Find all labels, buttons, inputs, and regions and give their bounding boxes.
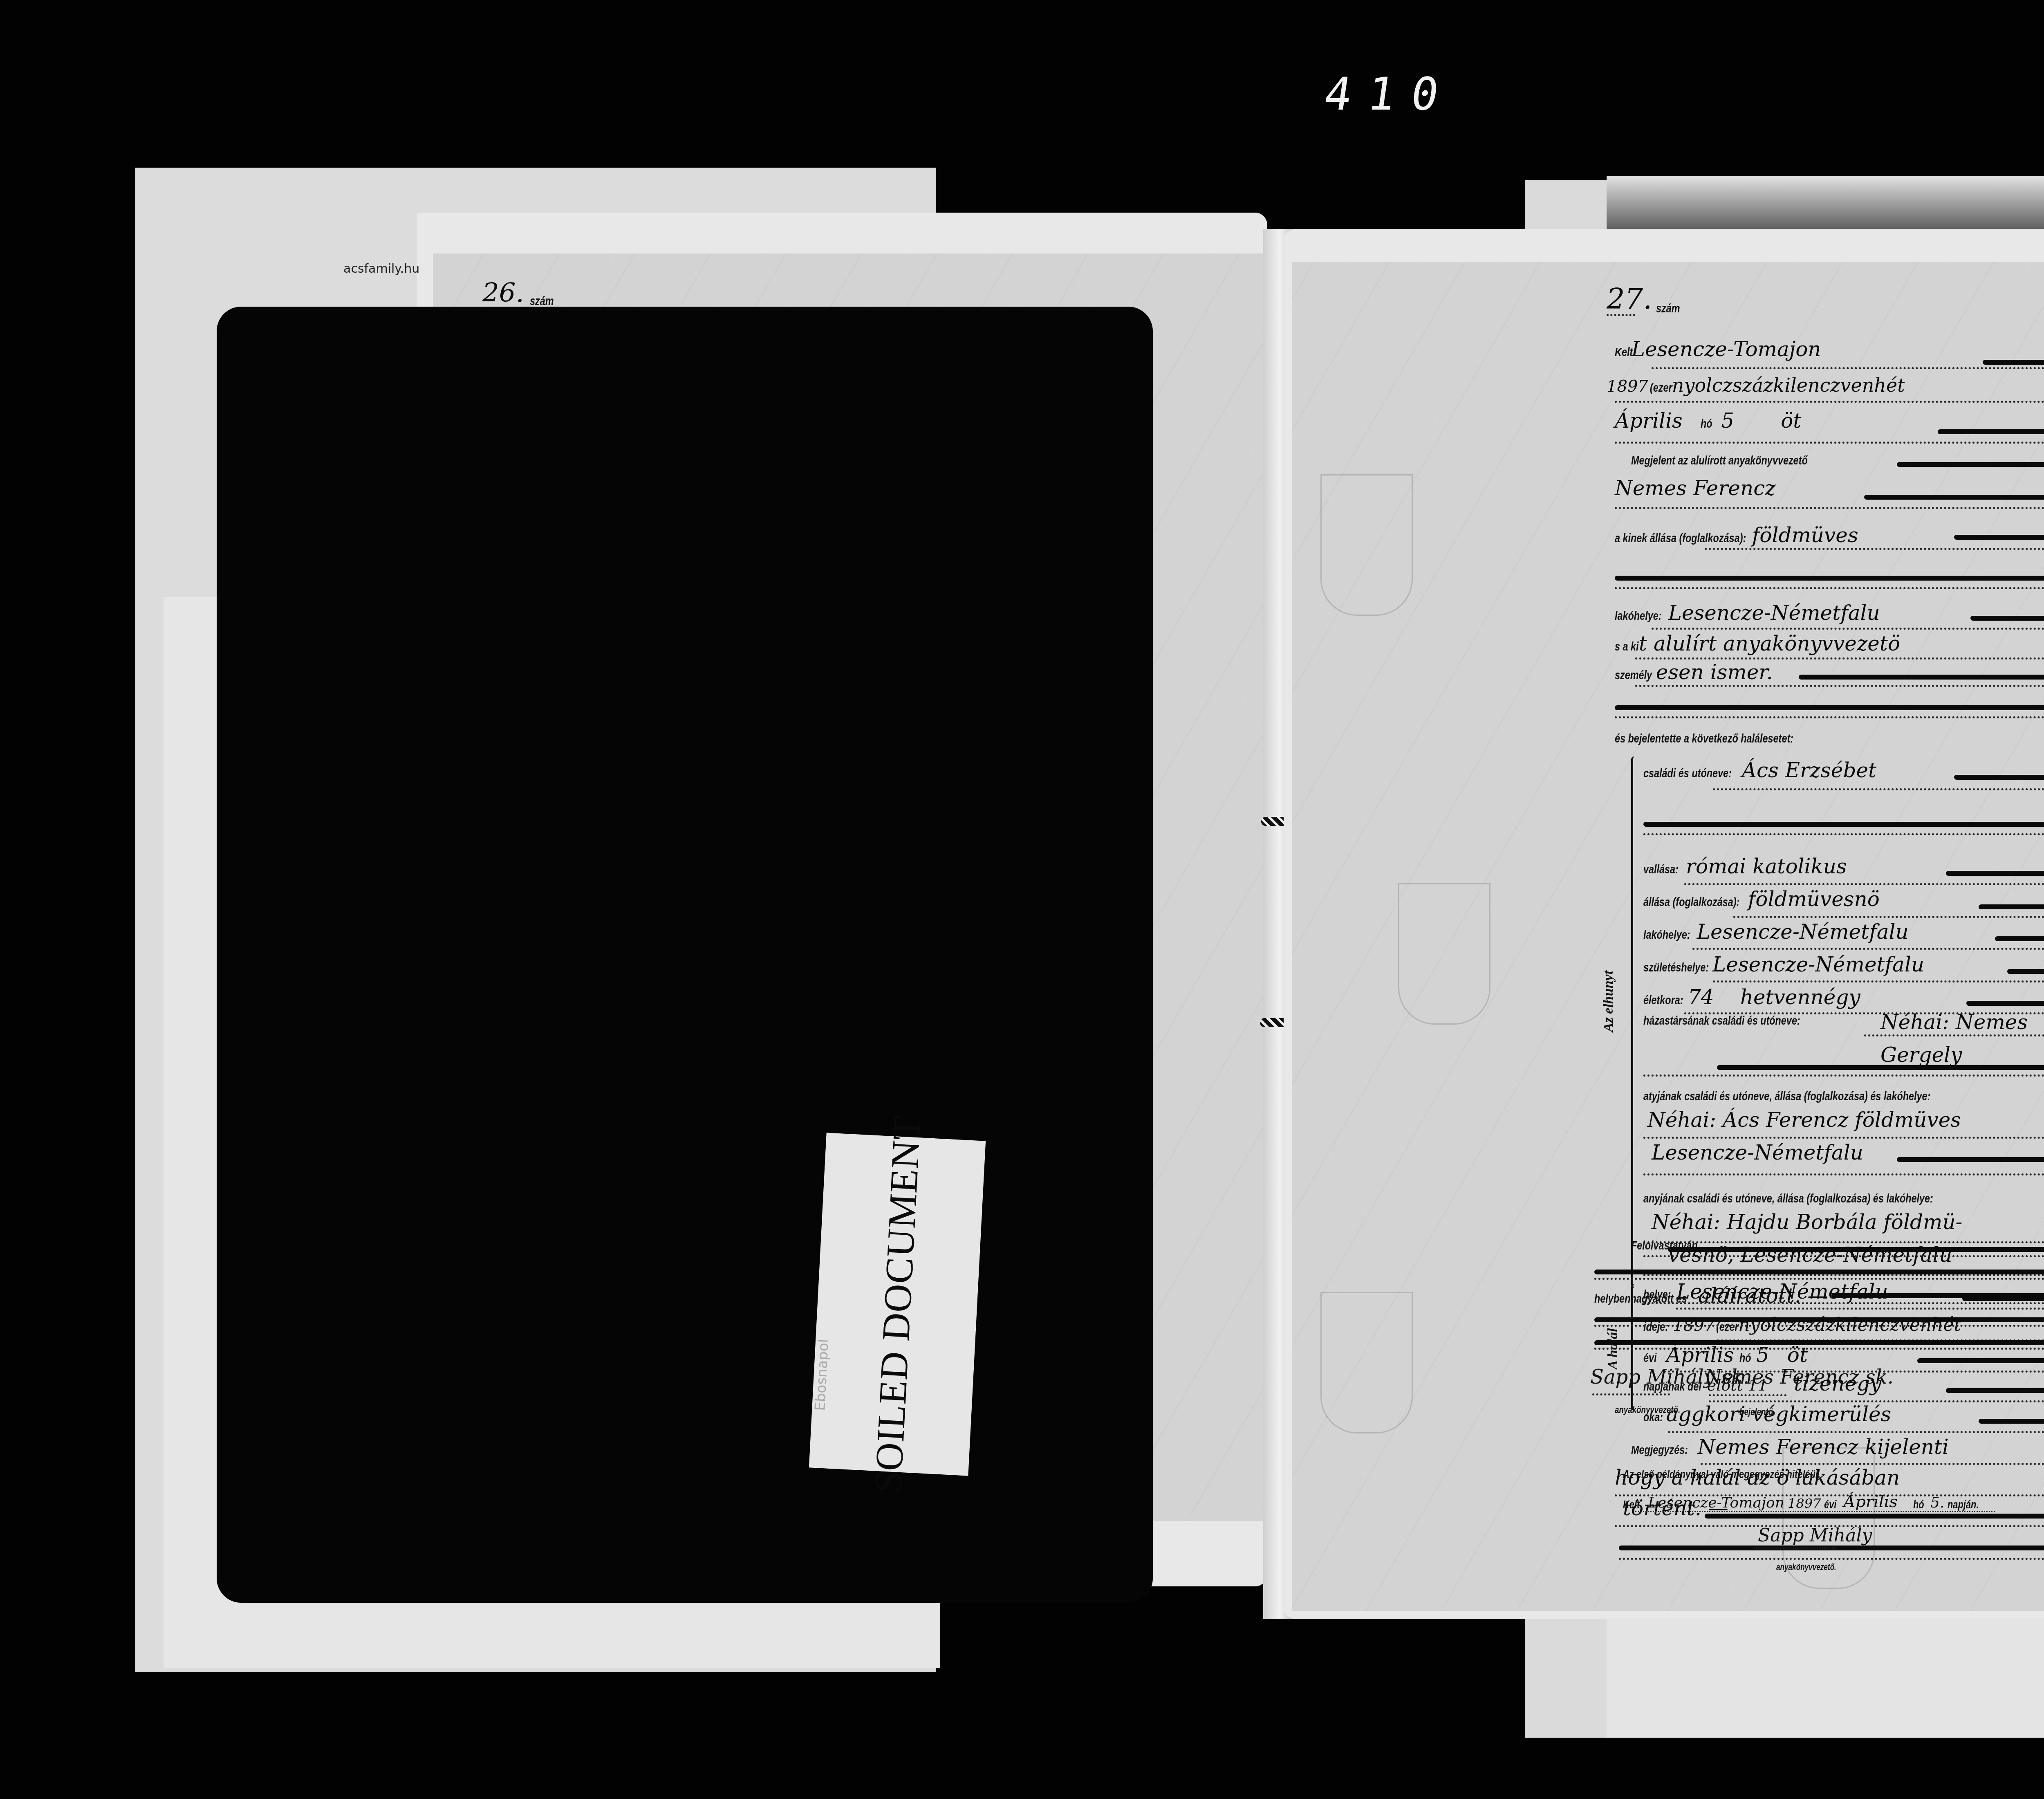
allasa-blank-rule [1615,587,2044,589]
megjegyzes-rule-1 [1701,1463,2044,1465]
kelt-rule [1652,367,2044,369]
field-allasa: a kinek állása (foglalkozása): földmüves [1615,523,1858,547]
death-oka-value: aggkori végkimerülés [1666,1402,1892,1426]
lakohelye-fill-bar [1970,616,2044,621]
helybenhagyatott-fill-bar [1831,1293,2044,1298]
informant-role: bejelentő. [1739,1406,1775,1418]
deceased-allasa-label: állása (foglalkozása): [1643,895,1739,909]
saki-label: s a ki [1615,640,1639,654]
date-day-words: öt [1781,409,1801,433]
year-words: nyolczszázkilenczvenhét [1672,374,1905,396]
megjelent-value: Nemes Ferencz [1615,476,1775,500]
left-entry-number-label: szám [530,294,554,308]
szuleteshelye-rule [1713,980,2044,982]
date-ho-label: hó [1701,417,1712,431]
eletkora-value: 74 [1688,985,1714,1009]
field-date: Április hó 5 öt [1615,409,1801,433]
death-ideje-label: ideje: [1643,1320,1668,1334]
deceased-lakohelye-fill-bar [1995,936,2044,941]
allasa-blank-bar [1615,576,2044,581]
blank-rule-3 [1594,1325,2044,1327]
date-day: 5 [1721,409,1734,433]
vallasa-label: vallása: [1643,863,1679,877]
field-eletkora: életkora: 74 hetvennégy [1643,985,1860,1009]
field-year: 1897 (ezer nyolczszázkilenczvenhét [1607,374,1905,396]
certification-day: 5. [1930,1494,1944,1511]
felolvastatvan-rule [1643,1255,2044,1257]
atyja-rule-1 [1643,1137,2044,1139]
szemely-value: esen ismer. [1656,660,1773,684]
szemely-fill-bar [1799,675,2044,680]
lakohelye-label: lakóhelye: [1615,609,1661,623]
left-entry-number-value: 26. [482,278,524,308]
informant-signature-rule [1709,1394,1786,1396]
saki-rule [1635,657,2044,659]
blank-bar-2 [1594,1270,2044,1274]
szemely-blank-bar [1615,705,2044,710]
registrar-role: anyakönyvvezető. [1615,1404,1680,1416]
field-megjegyzes: Megjegyzés: Nemes Ferencz kijelenti [1631,1435,1949,1459]
deceased-name-fill-bar [1954,775,2044,780]
blank-rule-4 [1594,1348,2044,1350]
hazastars-value: Néhai: Nemes Gergely [1880,1006,2044,1071]
certification-place: Lesencze-Tomajon [1648,1494,1784,1511]
szuleteshelye-value: Lesencze-Németfalu [1712,953,1924,976]
date-month: Április [1615,409,1683,433]
allasa-rule [1705,548,2044,550]
field-kelt: Kelt: Lesencze-Tomajon [1615,337,1821,361]
hazastars-label: házastársának családi és utóneve: [1643,1014,1800,1028]
registrar-signature-rule [1592,1393,1670,1395]
certification-signature-rule [1754,1548,1836,1549]
field-saki: s a ki t alulírt anyakönyvvezetö [1615,632,1900,655]
certification-rule [1635,1511,1995,1512]
field-deceased-name: családi és utóneve: Ács Erzsébet [1643,758,1876,782]
kelt-value: Lesencze-Tomajon [1632,337,1821,361]
eletkora-words: hetvennégy [1740,985,1860,1009]
atyja-rule-2 [1643,1173,2044,1175]
certification-month: Április [1843,1492,1898,1511]
death-evi-fill-bar [1917,1358,2044,1363]
megjegyzes-label: Megjegyzés: [1631,1443,1688,1457]
certification-year: 1897 [1788,1496,1821,1511]
atyja-label: atyjának családi és utóneve, állása (fog… [1643,1090,1930,1104]
date-fill-bar [1938,429,2044,434]
hazastars-rule-2 [1643,1074,2044,1077]
saki-value: t alulírt anyakönyvvezetö [1639,632,1900,655]
blank-bar-3 [1594,1317,2044,1322]
certification-ho-label: hó [1913,1498,1924,1511]
szuleteshelye-label: születéshelye: [1643,961,1709,975]
megjelent-fill-bar [1897,462,2044,467]
deceased-name-value: Ács Erzsébet [1742,758,1876,782]
megjelent-rule [1615,507,2044,509]
coat-of-arms-watermark [1320,474,1413,616]
coat-of-arms-watermark [1320,1292,1413,1433]
death-oka-fill-bar [1979,1419,2044,1424]
soiled-document-label: SOILED DOCUMENT Ebosnapol [809,1133,986,1476]
entry-number-label: szám [1656,302,1680,316]
vallasa-value: római katolikus [1686,855,1847,878]
eletkora-label: életkora: [1643,994,1683,1007]
soiled-document-text: SOILED DOCUMENT [865,1115,930,1494]
field-deceased-allasa: állása (foglalkozása): földmüvesnö [1643,887,1880,911]
megjegyzes-fill-bar [1705,1514,2044,1519]
field-hazastars: házastársának családi és utóneve: [1643,1014,1845,1028]
blank-rule-2 [1594,1278,2044,1280]
soiled-cover-sheet [217,307,1153,1603]
hazastars-fill-bar [1717,1065,2044,1070]
blank-bar-4 [1594,1340,2044,1345]
vallasa-fill-bar [1946,871,2044,876]
death-oka-rule [1668,1431,2044,1433]
death-evi-label: évi [1643,1351,1657,1365]
deceased-name-rule [1713,788,2044,790]
szuleteshelye-fill-bar [2007,969,2044,974]
informant-signature: Nemes Ferencz sk. [1705,1366,1894,1389]
year-rule [1615,401,2044,403]
megjelent-label: Megjelent az alulírott anyakönyvvezető [1631,454,1808,468]
death-evi-day: 5 [1756,1343,1769,1367]
frame-counter: 410 [1321,70,1443,119]
death-napjanak-fill-bar [1946,1388,2044,1393]
field-death-evi: évi Április hó 5 öt [1643,1343,1808,1367]
watermark: acsfamily.hu [343,262,419,276]
deceased-name-blank-bar [1643,822,2044,827]
deceased-section-label: Az elhunyt [1601,971,1616,1032]
certification-role: anyakönyvvezető. [1776,1562,1836,1572]
szemely-blank-rule [1615,716,2044,718]
deceased-lakohelye-rule [1692,948,2044,950]
vallasa-rule [1684,883,2044,885]
certification-kelt-label: Kelt [1623,1498,1640,1511]
field-vallasa: vallása: római katolikus [1643,855,1847,878]
left-entry-number: 26. szám [482,278,560,308]
year-number: 1897 [1607,377,1648,396]
entry-number-rule [1607,314,1635,316]
soiled-document-note: Ebosnapol [812,1339,832,1411]
felolvastatvan-fill-bar [1668,1247,2044,1252]
deceased-name-blank-rule [1643,833,2044,835]
lakohelye-value: Lesencze-Németfalu [1668,601,1880,625]
megjegyzes-line1: Nemes Ferencz kijelenti [1697,1435,1949,1459]
certification-kelt: Kelt Lesencze-Tomajon 1897 évi Április h… [1623,1492,1988,1511]
anyja-value-line2: vesnö, Lesencze-Németfalu [1668,1243,1952,1267]
year-ezer-label: (ezer [1650,381,1672,395]
allasa-fill-bar [1954,535,2044,540]
eletkora-fill-bar [1966,1001,2044,1006]
hazastars-rule [1864,1034,2044,1036]
helybenhagyatott-rule [1643,1302,2044,1304]
allasa-label: a kinek állása (foglalkozása): [1615,532,1746,545]
deceased-allasa-fill-bar [1979,904,2044,909]
certification-signature: Sapp Mihály [1758,1525,1872,1546]
entry-number-value: 27. [1607,282,1652,316]
anyja-value-line1: Néhai: Hajdu Borbála földmü- [1652,1210,1962,1234]
blank-rule-1 [1619,1558,2044,1560]
deceased-section-brace [1631,756,1641,1288]
szemely-label: személy [1615,668,1652,682]
atyja-value-line1: Néhai: Ács Ferencz földmüves [1647,1108,1961,1132]
field-szuleteshelye: születéshelye: Lesencze-Németfalu [1643,953,1924,976]
szemely-rule [1635,685,2044,687]
deceased-name-label: családi és utóneve: [1643,767,1732,781]
deceased-allasa-rule [1733,916,2044,918]
atyja-fill-bar [1897,1157,2044,1162]
field-szemely: személy esen ismer. [1615,660,1773,684]
anyja-label: anyjának családi és utóneve, állása (fog… [1643,1192,1933,1206]
field-lakohelye: lakóhelye: Lesencze-Németfalu [1615,601,1880,625]
deceased-lakohelye-label: lakóhelye: [1643,928,1690,942]
death-ideje-ezer-label: (ezer [1716,1320,1739,1334]
atyja-value-line2: Lesencze-Németfalu [1652,1141,1863,1164]
field-deceased-lakohelye: lakóhelye: Lesencze-Németfalu [1643,920,1909,944]
death-evi-month: Április [1666,1343,1734,1367]
death-evi-day-words: öt [1787,1343,1808,1367]
kelt-label: Kelt: [1615,345,1636,359]
coat-of-arms-watermark [1398,883,1490,1025]
bejelentette-label: és bejelentette a következő halálesetet: [1615,732,1793,746]
certification-evi-label: évi [1824,1498,1836,1511]
lakohelye-rule [1652,628,2044,630]
deceased-lakohelye-value: Lesencze-Németfalu [1697,920,1909,944]
kelt-fill-bar [1983,360,2044,365]
allasa-value: földmüves [1752,523,1858,547]
entry-number: 27. szám [1607,282,1687,316]
death-helye-rule [1676,1308,2044,1310]
date-rule [1615,442,2044,444]
deceased-allasa-value: földmüvesnö [1748,887,1880,911]
death-evi-ho-label: hó [1739,1351,1751,1365]
megjelent-value-fill-bar [1864,495,2044,500]
certification-text: Az első példánynyal való megegyezés hite… [1623,1468,1820,1481]
certification-napjan-label: napján. [1948,1498,1979,1511]
